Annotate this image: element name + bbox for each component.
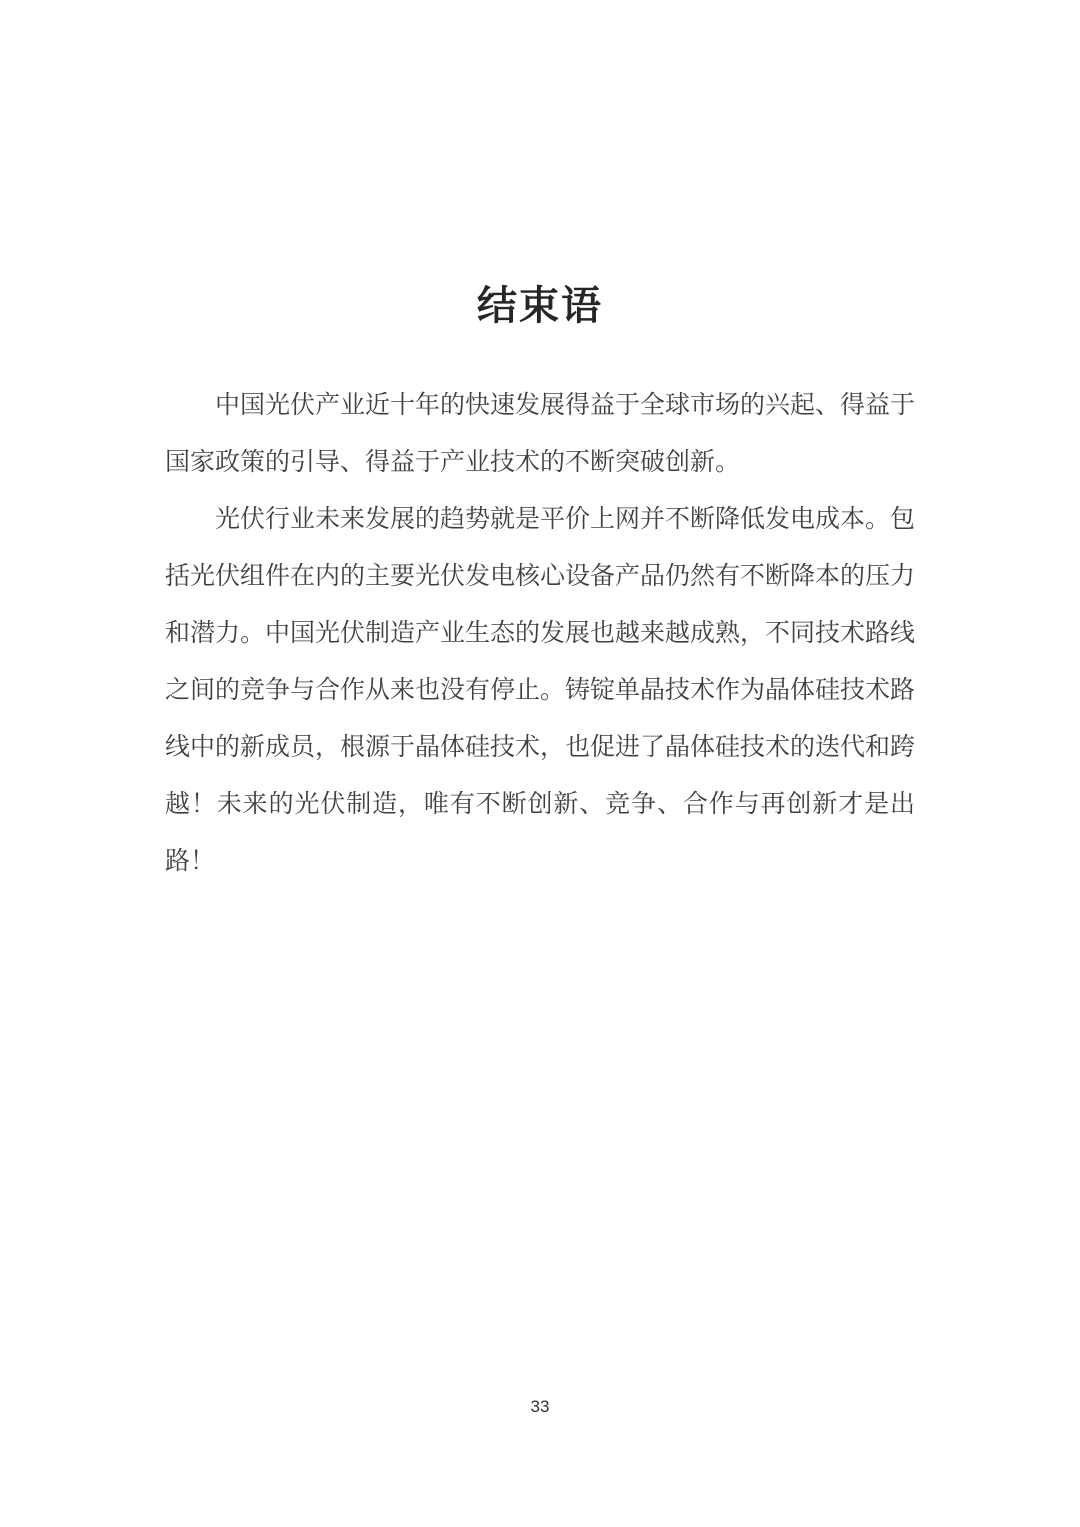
document-body: 中国光伏产业近十年的快速发展得益于全球市场的兴起、得益于国家政策的引导、得益于产… bbox=[165, 377, 915, 890]
page-title: 结束语 bbox=[0, 0, 1080, 329]
page-number: 33 bbox=[0, 1396, 1080, 1418]
paragraph-1: 中国光伏产业近十年的快速发展得益于全球市场的兴起、得益于国家政策的引导、得益于产… bbox=[165, 377, 915, 491]
paragraph-2: 光伏行业未来发展的趋势就是平价上网并不断降低发电成本。包括光伏组件在内的主要光伏… bbox=[165, 491, 915, 890]
document-page: 结束语 中国光伏产业近十年的快速发展得益于全球市场的兴起、得益于国家政策的引导、… bbox=[0, 0, 1080, 1527]
